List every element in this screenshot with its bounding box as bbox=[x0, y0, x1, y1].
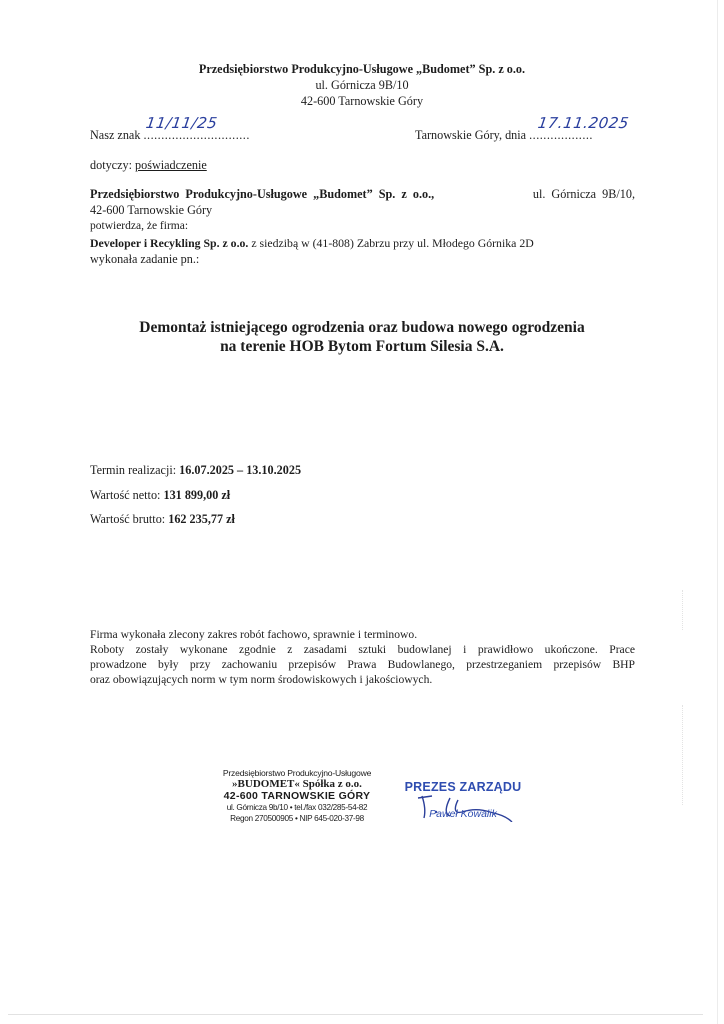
contractor-name: Developer i Recykling Sp. z o.o. bbox=[90, 236, 248, 250]
term-label: Termin realizacji: bbox=[90, 463, 176, 477]
gross-label: Wartość brutto: bbox=[90, 512, 165, 526]
assessment-line4: oraz obowiązujących norm w tym norm środ… bbox=[90, 672, 432, 687]
letterhead-company: Przedsiębiorstwo Produkcyjno-Usługowe „B… bbox=[0, 62, 724, 77]
contractor-address: z siedzibą w (41-808) Zabrzu przy ul. Mł… bbox=[251, 236, 533, 250]
letterhead-city: 42-600 Tarnowskie Góry bbox=[0, 94, 724, 109]
net-value-row: Wartość netto: 131 899,00 zł bbox=[90, 488, 230, 503]
net-label: Wartość netto: bbox=[90, 488, 160, 502]
task-title-line1: Demontaż istniejącego ogrodzenia oraz bu… bbox=[0, 318, 724, 337]
issuer-line: Przedsiębiorstwo Produkcyjno-Usługowe „B… bbox=[90, 187, 635, 202]
gross-value: 162 235,77 zł bbox=[168, 512, 235, 526]
term-row: Termin realizacji: 16.07.2025 – 13.10.20… bbox=[90, 463, 301, 478]
reference-handwritten: 11/11/25 bbox=[145, 114, 219, 132]
subject-label: dotyczy: bbox=[90, 158, 132, 172]
subject-line: dotyczy: poświadczenie bbox=[90, 158, 207, 173]
stamp-line2: »BUDOMET« Spółka z o.o. bbox=[212, 778, 382, 790]
reference-label: Nasz znak bbox=[90, 128, 140, 142]
scan-edge-horizontal bbox=[8, 1014, 703, 1015]
net-value: 131 899,00 zł bbox=[163, 488, 230, 502]
issuer-city: 42-600 Tarnowskie Góry bbox=[90, 203, 212, 218]
stamp-line1: Przedsiębiorstwo Produkcyjno-Usługowe bbox=[212, 768, 382, 778]
scan-edge-vertical bbox=[717, 0, 718, 1024]
stamp-line5: Regon 270500905 • NIP 645-020-37-98 bbox=[212, 813, 382, 824]
place-date-label: Tarnowskie Góry, dnia bbox=[415, 128, 526, 142]
term-value: 16.07.2025 – 13.10.2025 bbox=[179, 463, 301, 477]
issuer-name: Przedsiębiorstwo Produkcyjno-Usługowe „B… bbox=[90, 187, 434, 202]
contractor-line: Developer i Recykling Sp. z o.o. z siedz… bbox=[90, 236, 534, 251]
signature-role: PREZES ZARZĄDU bbox=[398, 780, 528, 794]
signature-stamp: PREZES ZARZĄDU Paweł Kowalik bbox=[398, 780, 528, 820]
date-handwritten: 17.11.2025 bbox=[537, 114, 630, 132]
assessment-line3: prowadzone były przy zachowaniu przepisó… bbox=[90, 657, 635, 672]
scan-artifact bbox=[682, 590, 684, 630]
task-title-line2: na terenie HOB Bytom Fortum Silesia S.A. bbox=[0, 337, 724, 356]
signatory-name: Paweł Kowalik bbox=[398, 808, 528, 820]
letterhead-street: ul. Górnicza 9B/10 bbox=[0, 78, 724, 93]
stamp-line4: ul. Górnicza 9b/10 • tel./fax 032/285-54… bbox=[212, 802, 382, 813]
stamp-line3: 42-600 TARNOWSKIE GÓRY bbox=[212, 790, 382, 802]
assessment-line1: Firma wykonała zlecony zakres robót fach… bbox=[90, 627, 417, 642]
assessment-line2: Roboty zostały wykonane zgodnie z zasada… bbox=[90, 642, 635, 657]
company-stamp: Przedsiębiorstwo Produkcyjno-Usługowe »B… bbox=[212, 768, 382, 824]
task-label: wykonała zadanie pn.: bbox=[90, 252, 199, 267]
issuer-address: ul. Górnicza 9B/10, bbox=[533, 187, 635, 202]
scan-artifact bbox=[682, 705, 684, 805]
subject-value: poświadczenie bbox=[135, 158, 207, 172]
confirms-text: potwierdza, że firma: bbox=[90, 219, 188, 234]
gross-value-row: Wartość brutto: 162 235,77 zł bbox=[90, 512, 235, 527]
